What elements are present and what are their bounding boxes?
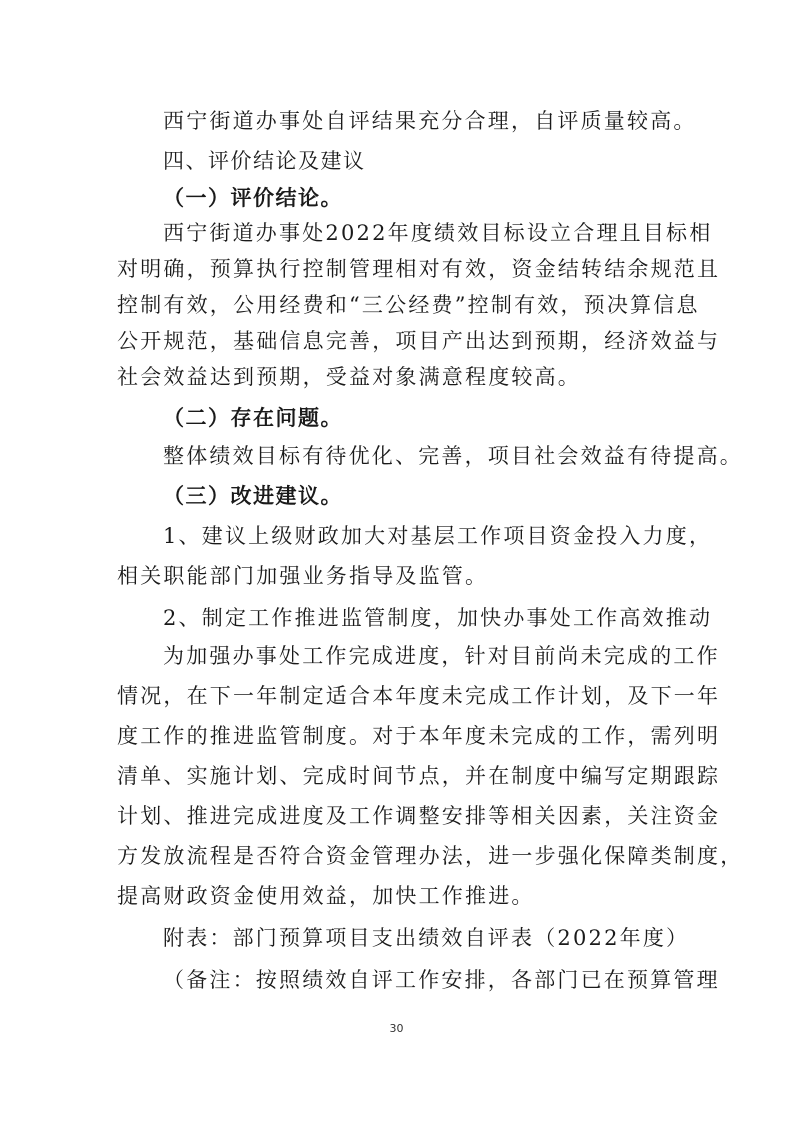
text-line: 相关职能部门加强业务指导及监管。	[117, 563, 488, 589]
text-line: 方发放流程是否符合资金管理办法，进一步强化保障类制度，	[117, 843, 743, 869]
subsection-heading: （二）存在问题。	[163, 405, 343, 431]
attachment-note: 附表：部门预算项目支出绩效自评表（2022年度）	[163, 925, 689, 951]
text-line: 社会效益达到预期，受益对象满意程度较高。	[117, 364, 581, 390]
subsection-heading: （一）评价结论。	[163, 185, 343, 211]
text-line: 西宁街道办事处自评结果充分合理，自评质量较高。	[163, 108, 697, 134]
section-heading: 四、评价结论及建议	[163, 148, 366, 174]
text-line: 清单、实施计划、完成时间节点，并在制度中编写定期跟踪	[117, 763, 720, 789]
page-number: 30	[0, 1022, 793, 1035]
text-line: 度工作的推进监管制度。对于本年度未完成的工作，需列明	[117, 723, 720, 749]
text-line: 整体绩效目标有待优化、完善，项目社会效益有待提高。	[163, 443, 743, 469]
text-line: 对明确，预算执行控制管理相对有效，资金结转结余规范且	[117, 256, 720, 282]
remark-line: （备注：按照绩效自评工作安排，各部门已在预算管理	[163, 967, 720, 993]
text-line: 西宁街道办事处2022年度绩效目标设立合理且目标相	[163, 220, 712, 246]
text-line: 公开规范，基础信息完善，项目产出达到预期，经济效益与	[117, 328, 720, 354]
text-line: 2、制定工作推进监管制度，加快办事处工作高效推动	[163, 605, 712, 631]
text-line: 提高财政资金使用效益，加快工作推进。	[117, 883, 535, 909]
text-line: 计划、推进完成进度及工作调整安排等相关因素，关注资金	[117, 803, 720, 829]
subsection-heading: （三）改进建议。	[163, 483, 343, 509]
text-line: 1、建议上级财政加大对基层工作项目资金投入力度，	[163, 523, 712, 549]
text-line: 控制有效，公用经费和“三公经费”控制有效，预决算信息	[117, 292, 700, 318]
text-line: 情况，在下一年制定适合本年度未完成工作计划，及下一年	[117, 683, 720, 709]
document-page: 西宁街道办事处自评结果充分合理，自评质量较高。 四、评价结论及建议 （一）评价结…	[0, 0, 793, 1122]
text-line: 为加强办事处工作完成进度，针对目前尚未完成的工作	[163, 643, 720, 669]
